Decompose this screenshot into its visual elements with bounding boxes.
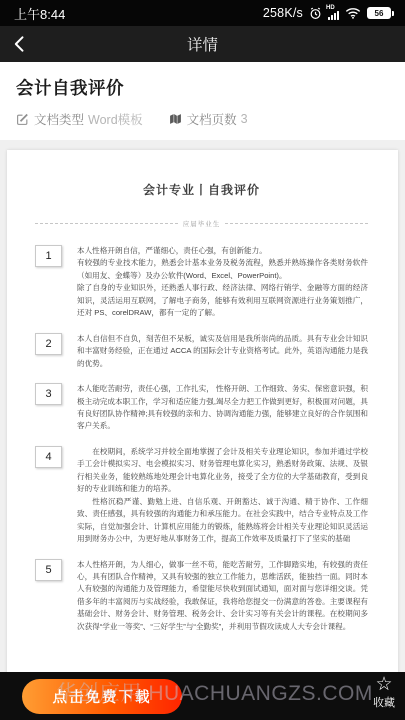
doc-paragraph: 4 在校期间，系统学习并较全面地掌握了会计及相关专业理论知识，参加并通过学校手工…	[35, 446, 368, 546]
paragraph-number: 3	[35, 383, 62, 405]
paragraph-block: 有较强的专业技术能力，熟悉会计基本业务及税务流程，熟悉并熟练操作各类财务软件（如…	[77, 257, 368, 282]
status-time: 上午8:44	[14, 4, 65, 23]
download-button[interactable]: 点击免费下载	[22, 679, 182, 714]
divider-band	[0, 140, 405, 150]
paragraph-block: 本人能吃苦耐劳，责任心强，工作扎实， 性格开朗、工作细致、务实、保密意识强，积极…	[77, 383, 368, 433]
page-count-meta: 文档页数 3	[169, 110, 248, 128]
status-bar: 上午8:44 258K/s HD	[0, 0, 405, 26]
bottom-action-bar: 点击免费下载 ☆ 收藏	[0, 672, 405, 720]
doc-paragraph: 2 本人自信但不自负，刻苦但不呆板，诚实及信用是我所崇尚的品质。具有专业会计知识…	[35, 333, 368, 370]
paragraph-block: 本人自信但不自负，刻苦但不呆板，诚实及信用是我所崇尚的品质。具有专业会计知识和丰…	[77, 333, 368, 370]
page-count-value: 3	[241, 112, 248, 126]
back-chevron-icon	[10, 34, 34, 54]
doc-type-value: Word模板	[88, 110, 143, 128]
pages-book-icon	[169, 113, 182, 126]
document-header-card: 会计自我评价 文档类型 Word模板 文档页数	[0, 62, 405, 140]
favorite-label: 收藏	[373, 694, 395, 710]
nav-bar: 详情	[0, 26, 405, 62]
paragraph-text: 在校期间，系统学习并较全面地掌握了会计及相关专业理论知识，参加并通过学校手工会计…	[77, 446, 368, 546]
page-count-label: 文档页数	[187, 110, 237, 128]
battery-icon: 56	[367, 7, 391, 19]
paragraph-number: 5	[35, 559, 62, 581]
status-icons: 258K/s HD 56	[263, 6, 391, 20]
paragraph-block: 在校期间，系统学习并较全面地掌握了会计及相关专业理论知识，参加并通过学校手工会计…	[77, 446, 368, 496]
paragraph-block: 本人性格开朗自信，严谨细心，责任心强，有创新能力。	[77, 245, 368, 257]
doc-type-meta: 文档类型 Word模板	[16, 110, 143, 128]
document-name: 会计自我评价	[16, 75, 389, 100]
paragraph-list: 1 本人性格开朗自信，严谨细心，责任心强，有创新能力。 有较强的专业技术能力，熟…	[35, 245, 368, 680]
battery-percent: 56	[375, 9, 384, 18]
doc-paragraph: 3 本人能吃苦耐劳，责任心强，工作扎实， 性格开朗、工作细致、务实、保密意识强，…	[35, 383, 368, 433]
paragraph-number: 2	[35, 333, 62, 355]
edit-square-icon	[16, 113, 29, 126]
alarm-clock-icon	[309, 7, 322, 20]
star-icon: ☆	[373, 675, 395, 695]
paragraph-block: 性格沉稳严谨、勤勉上进、自信乐观、开朗豁达、诚于沟通、精于协作、工作细致、责任感…	[77, 496, 368, 546]
paragraph-text: 本人性格开朗自信，严谨细心，责任心强，有创新能力。 有较强的专业技术能力，熟悉会…	[77, 245, 368, 320]
favorite-button[interactable]: ☆ 收藏	[373, 675, 395, 710]
doc-inner-title: 会计专业丨自我评价	[35, 181, 368, 198]
paragraph-text: 本人自信但不自负，刻苦但不呆板，诚实及信用是我所崇尚的品质。具有专业会计知识和丰…	[77, 333, 368, 370]
doc-paragraph: 5 本人性格开朗，为人细心，做事一丝不苟，能吃苦耐劳，工作脚踏实地，有较强的责任…	[35, 559, 368, 634]
document-preview[interactable]: 会计专业丨自我评价 应届毕业生 1 本人性格开朗自信，严谨细心，责任心强，有创新…	[0, 150, 405, 680]
doc-paragraph: 1 本人性格开朗自信，严谨细心，责任心强，有创新能力。 有较强的专业技术能力，熟…	[35, 245, 368, 320]
doc-subtitle: 应届毕业生	[183, 219, 221, 228]
paragraph-number: 1	[35, 245, 62, 267]
paragraph-text: 本人性格开朗，为人细心，做事一丝不苟，能吃苦耐劳，工作脚踏实地，有较强的责任心，…	[77, 559, 368, 634]
paragraph-block: 本人性格开朗，为人细心，做事一丝不苟，能吃苦耐劳，工作脚踏实地，有较强的责任心，…	[77, 559, 368, 634]
wifi-icon	[345, 7, 361, 19]
doc-subtitle-row: 应届毕业生	[35, 219, 368, 228]
paragraph-block: 除了自身的专业知识外，还熟悉人事行政、经济法律、网络行销学、金融等方面的经济知识…	[77, 282, 368, 319]
page-title: 详情	[187, 33, 218, 55]
doc-type-label: 文档类型	[34, 110, 84, 128]
network-speed: 258K/s	[263, 6, 303, 20]
cellular-signal-icon: HD	[328, 6, 339, 20]
back-button[interactable]	[6, 29, 38, 59]
paragraph-text: 本人能吃苦耐劳，责任心强，工作扎实， 性格开朗、工作细致、务实、保密意识强，积极…	[77, 383, 368, 433]
document-meta: 文档类型 Word模板 文档页数 3	[16, 110, 389, 128]
document-page: 会计专业丨自我评价 应届毕业生 1 本人性格开朗自信，严谨细心，责任心强，有创新…	[7, 150, 398, 680]
hd-label: HD	[326, 5, 335, 11]
paragraph-number: 4	[35, 446, 62, 468]
app-screen: 上午8:44 258K/s HD	[0, 0, 405, 720]
dashed-line	[35, 223, 178, 224]
dashed-line	[225, 223, 368, 224]
